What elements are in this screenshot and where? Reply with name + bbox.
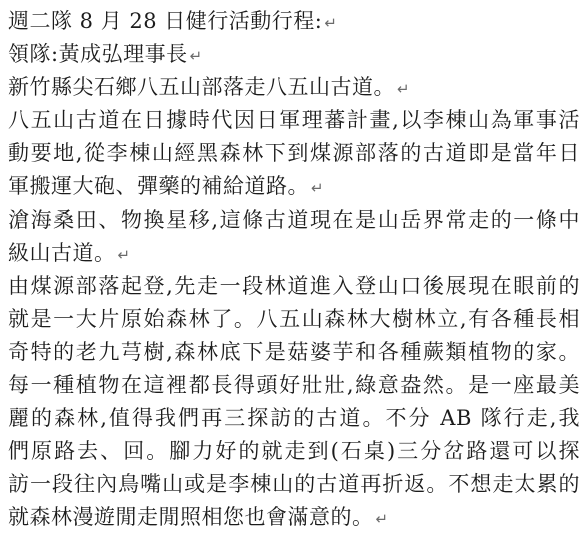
line-text: 們原路去、回。腳力好的就走到(石桌)三分岔路還可以探 <box>8 439 580 463</box>
paragraph-mark-icon: ↵ <box>311 179 324 197</box>
line-text: 就是一大片原始森林了。八五山森林大樹林立,有各種長相 <box>8 307 580 331</box>
text-line: 由煤源部落起登,先走一段林道進入登山口後展現在眼前的 <box>8 270 580 303</box>
line-text: 滄海桑田、物換星移,這條古道現在是山岳界常走的一條中 <box>8 208 580 232</box>
paragraph-mark-icon: ↵ <box>397 80 410 98</box>
text-line: 奇特的老九芎樹,森林底下是菇婆芋和各種蕨類植物的家。 <box>8 336 580 369</box>
text-line: 級山古道。↵ <box>8 237 580 270</box>
line-text: 級山古道。 <box>8 241 116 265</box>
line-text: 領隊:黃成弘理事長 <box>8 42 188 66</box>
line-text: 動要地,從李棟山經黑森林下到煤源部落的古道即是當年日 <box>8 141 580 165</box>
text-line: 滄海桑田、物換星移,這條古道現在是山岳界常走的一條中 <box>8 204 580 237</box>
text-line: 就森林漫遊閒走閒照相您也會滿意的。↵ <box>8 501 580 534</box>
line-text: 由煤源部落起登,先走一段林道進入登山口後展現在眼前的 <box>8 274 580 298</box>
text-line: 軍搬運大砲、彈藥的補給道路。↵ <box>8 170 580 203</box>
document-page: 週二隊 8 月 28 日健行活動行程:↵ 領隊:黃成弘理事長↵ 新竹縣尖石鄉八五… <box>0 0 588 536</box>
paragraph-mark-icon: ↵ <box>376 510 389 528</box>
text-line: 動要地,從李棟山經黑森林下到煤源部落的古道即是當年日 <box>8 137 580 170</box>
text-line: 麗的森林,值得我們再三探訪的古道。不分 AB 隊行走,我 <box>8 402 580 435</box>
text-line: 八五山古道在日據時代因日軍理蕃計畫,以李棟山為軍事活 <box>8 104 580 137</box>
text-line: 週二隊 8 月 28 日健行活動行程:↵ <box>8 5 580 38</box>
line-text: 奇特的老九芎樹,森林底下是菇婆芋和各種蕨類植物的家。 <box>8 340 580 364</box>
text-line: 新竹縣尖石鄉八五山部落走八五山古道。↵ <box>8 71 580 104</box>
paragraph-mark-icon: ↵ <box>118 246 131 264</box>
line-text: 麗的森林,值得我們再三探訪的古道。不分 AB 隊行走,我 <box>8 406 580 430</box>
paragraph-mark-icon: ↵ <box>190 47 203 65</box>
line-text: 八五山古道在日據時代因日軍理蕃計畫,以李棟山為軍事活 <box>8 108 580 132</box>
text-line: 領隊:黃成弘理事長↵ <box>8 38 580 71</box>
text-line: 們原路去、回。腳力好的就走到(石桌)三分岔路還可以探 <box>8 435 580 468</box>
text-line: 訪一段往內鳥嘴山或是李棟山的古道再折返。不想走太累的 <box>8 468 580 501</box>
line-text: 週二隊 8 月 28 日健行活動行程: <box>8 9 322 33</box>
line-text: 就森林漫遊閒走閒照相您也會滿意的。 <box>8 505 374 529</box>
text-line: 每一種植物在這裡都長得頭好壯壯,綠意盎然。是一座最美 <box>8 369 580 402</box>
text-line: 就是一大片原始森林了。八五山森林大樹林立,有各種長相 <box>8 303 580 336</box>
line-text: 新竹縣尖石鄉八五山部落走八五山古道。 <box>8 75 395 99</box>
line-text: 訪一段往內鳥嘴山或是李棟山的古道再折返。不想走太累的 <box>8 472 580 496</box>
paragraph-mark-icon: ↵ <box>324 14 337 32</box>
line-text: 軍搬運大砲、彈藥的補給道路。 <box>8 174 309 198</box>
line-text: 每一種植物在這裡都長得頭好壯壯,綠意盎然。是一座最美 <box>8 373 580 397</box>
